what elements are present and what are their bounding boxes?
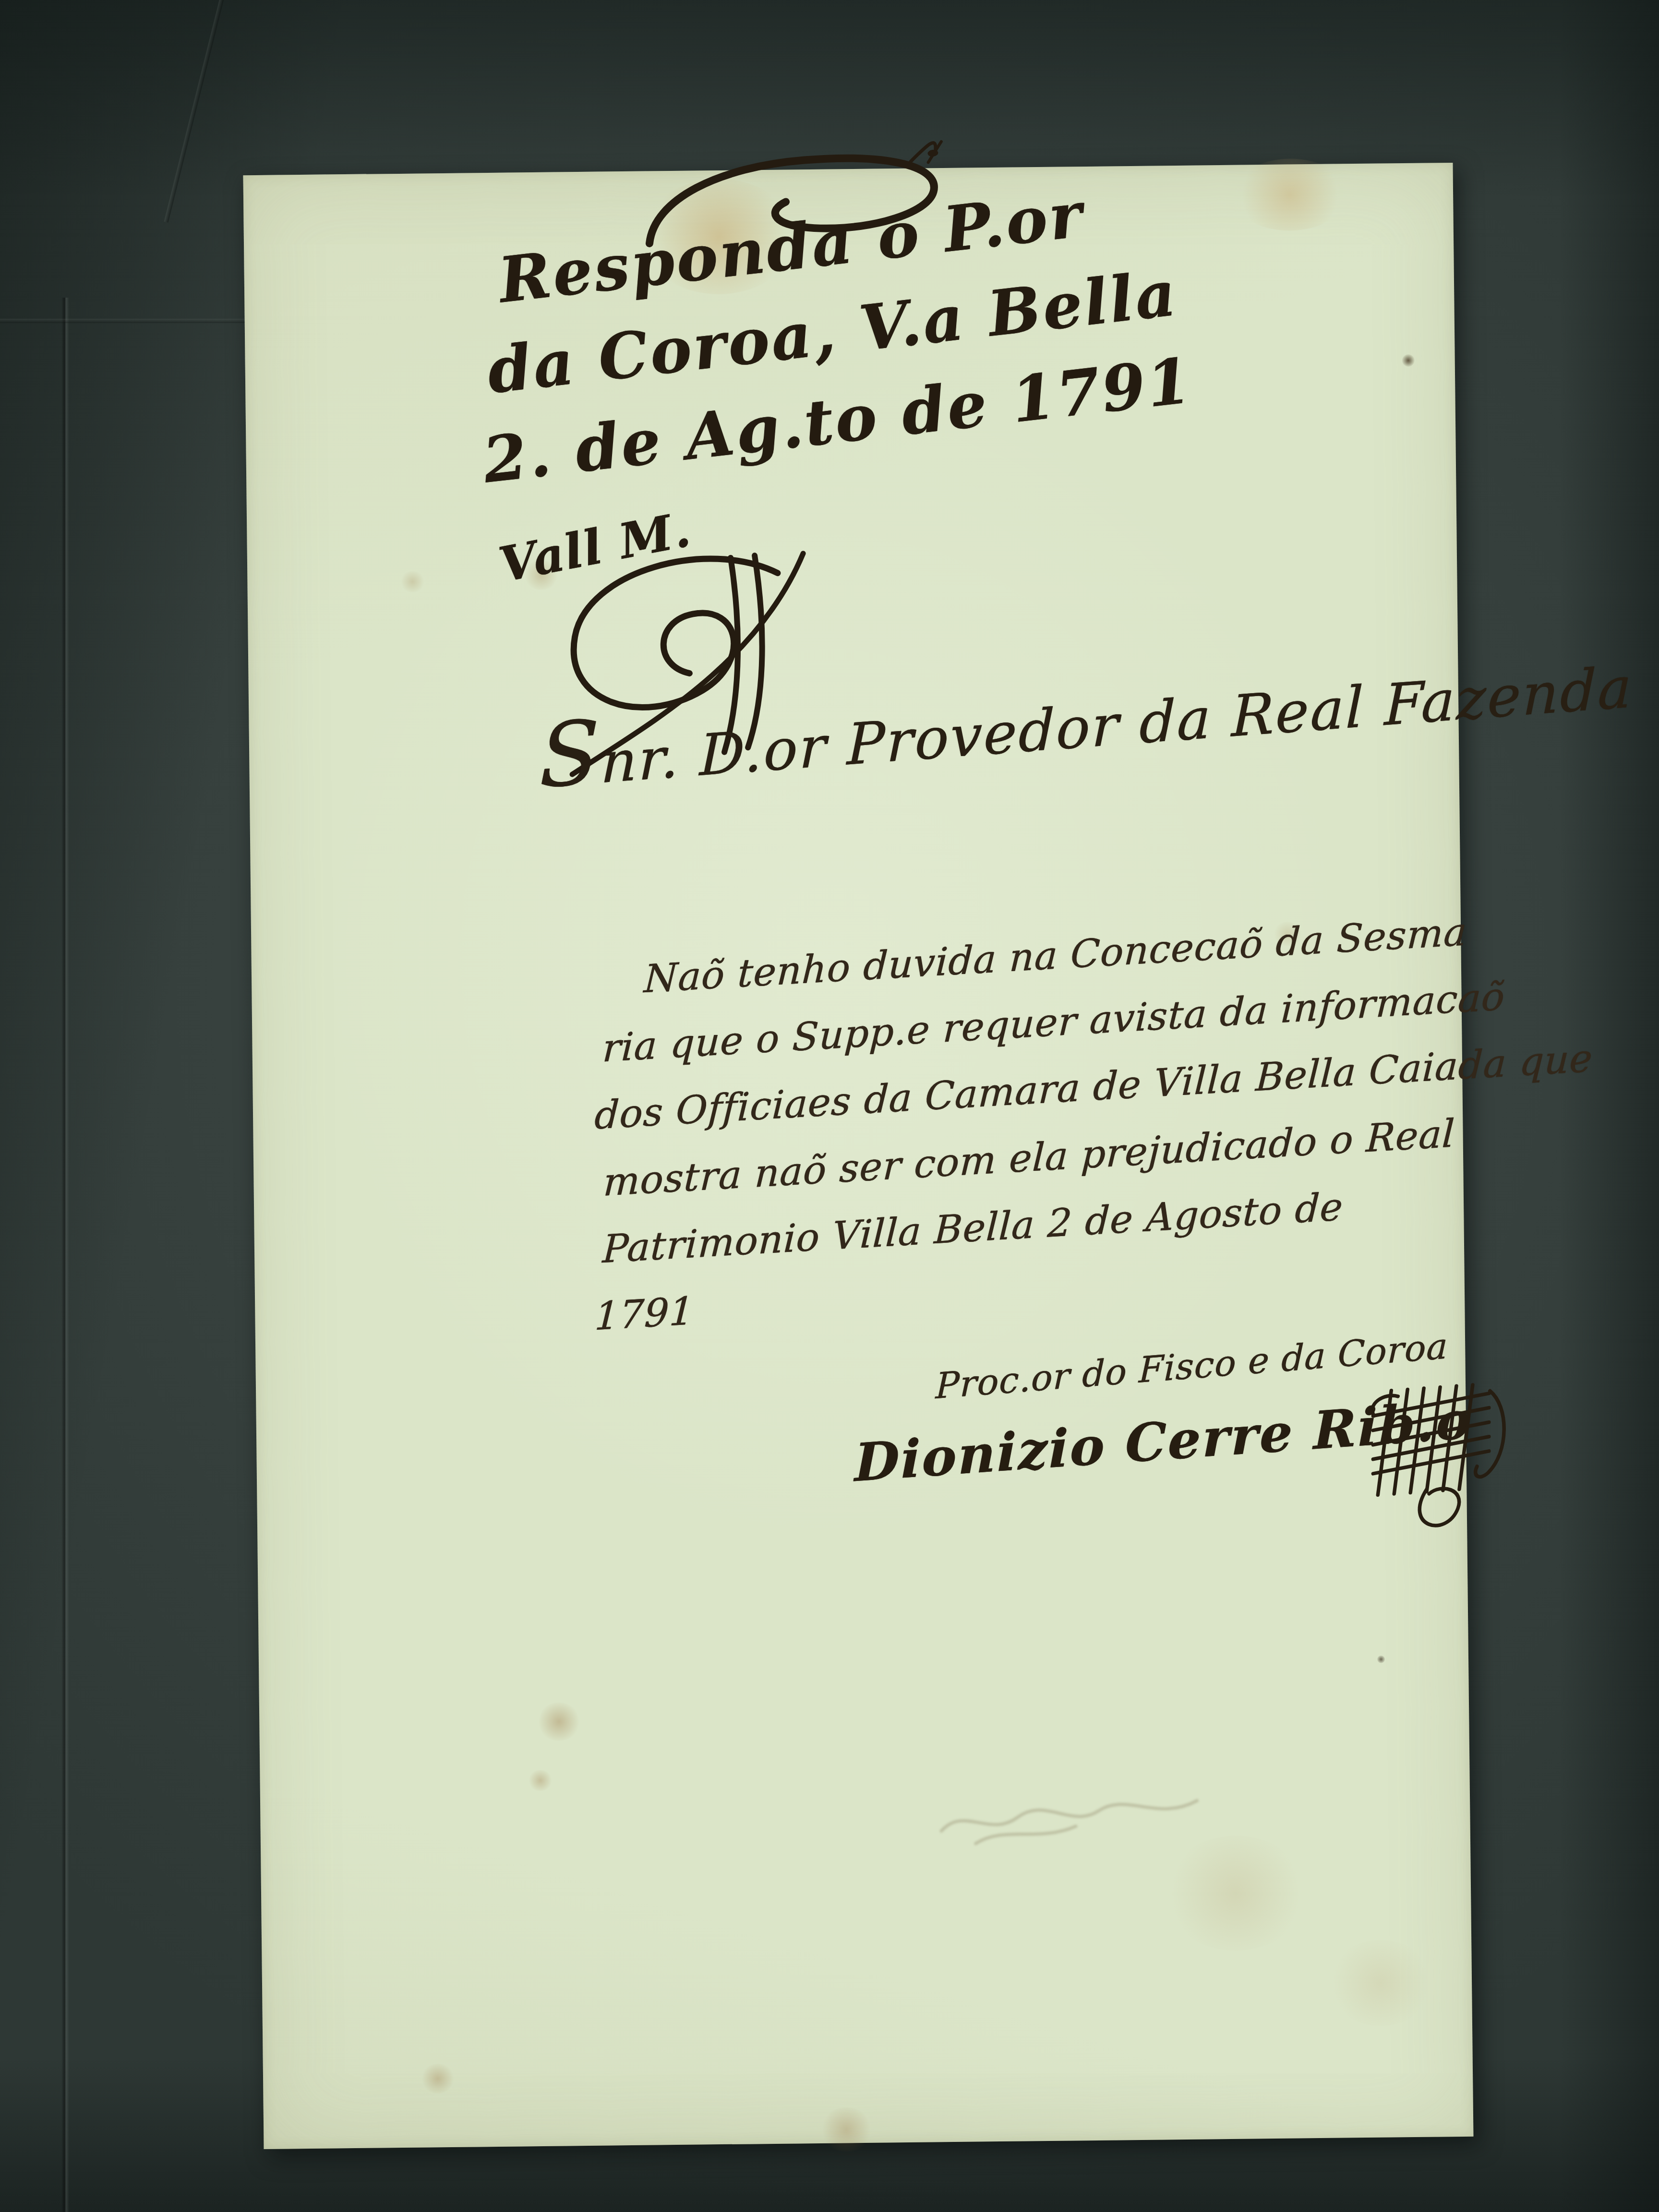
ink-showthrough	[934, 1774, 1206, 1860]
marginalia-rubric: Vall M.	[494, 501, 696, 593]
body-paragraph: Naõ tenho duvida na Concecaõ da Sesma ri…	[583, 896, 1513, 1351]
signature-rubric-flourish	[1369, 1380, 1513, 1544]
dispatch-note: Responda o P.or da Coroa, V.a Bella 2. d…	[446, 161, 1192, 506]
handwriting-layer: Responda o P.or da Coroa, V.a Bella 2. d…	[0, 0, 1659, 2212]
archive-photo: Responda o P.or da Coroa, V.a Bella 2. d…	[0, 0, 1659, 2212]
